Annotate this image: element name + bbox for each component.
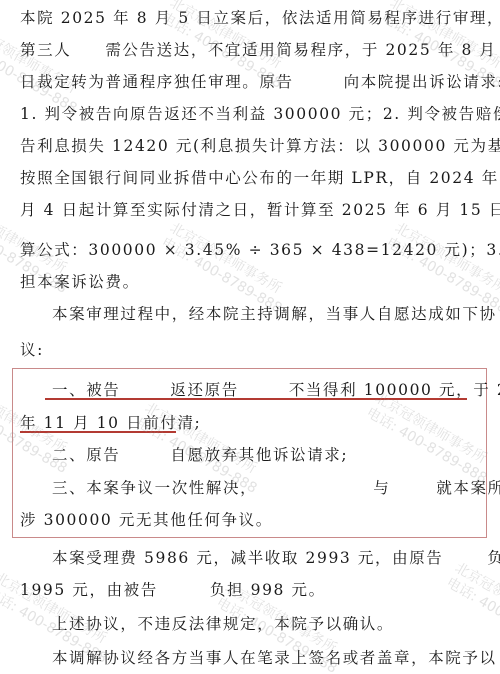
- text-line: 按照全国银行间同业拆借中心公布的一年期 LPR，自 2024 年 4: [20, 168, 500, 188]
- underline-mark: [20, 431, 176, 433]
- watermark-layer: 北京冠领律师事务所电话: 400-8789-888 北京冠领律师事务所电话: 4…: [0, 0, 500, 674]
- text-line: 月 4 日起计算至实际付清之日，暂计算至 2025 年 6 月 15 日，计: [20, 200, 500, 220]
- watermark: 北京冠领律师事务所电话: 400-8789-888: [383, 220, 500, 318]
- watermark: 北京冠领律师事务所电话: 400-8789-888: [443, 560, 500, 658]
- text-line: 1. 判令被告向原告返还不当利益 300000 元；2. 判令被告赔偿原: [20, 104, 500, 124]
- text-segment: 负担 998 元。: [210, 581, 326, 599]
- document-page: 本院 2025 年 8 月 5 日立案后，依法适用简易程序进行审理，因 第三人需…: [0, 0, 500, 674]
- text-segment: 向本院提出诉讼请求:: [344, 73, 500, 91]
- confirmation-line: 上述协议，不违反法律规定，本院予以确认。: [52, 614, 394, 634]
- text-segment: 返还原告: [170, 381, 238, 399]
- text-segment: 就本案所: [436, 479, 500, 497]
- text-segment: 与: [373, 479, 390, 497]
- underline-mark: [45, 398, 467, 400]
- text-line: 本院 2025 年 8 月 5 日立案后，依法适用简易程序进行审理，因: [20, 8, 500, 28]
- text-line: 告利息损失 12420 元(利息损失计算方法：以 300000 元为基数，: [20, 136, 500, 156]
- fees-line: 1995 元，由被告负担 998 元。: [20, 580, 326, 600]
- text-segment: 本案受理费 5986 元，减半收取 2993 元，由原告: [52, 549, 443, 567]
- agreement-item-2: 二、原告自愿放弃其他诉讼请求;: [52, 445, 348, 465]
- text-line: 本案审理过程中，经本院主持调解，当事人自愿达成如下协: [52, 304, 497, 324]
- agreement-item-1-cont: 年 11 月 10 日前付清;: [20, 413, 201, 433]
- text-segment: 第三人: [20, 41, 71, 59]
- watermark: 北京冠领律师事务所电话: 400-8789-888: [158, 220, 293, 318]
- text-line: 算公式：300000 × 3.45% ÷ 365 × 438=12420 元)；…: [20, 240, 500, 260]
- text-segment: 需公告送达，不宜适用简易程序，于 2025 年 8 月 27: [105, 41, 500, 59]
- agreement-item-3-cont: 涉 300000 元无其他任何争议。: [20, 510, 273, 530]
- text-segment: 三、本案争议一次性解决，: [52, 479, 257, 497]
- agreement-item-1: 一、被告返还原告不当得利 100000 元，于 2025: [52, 380, 500, 400]
- text-segment: 日裁定转为普通程序独任审理。原告: [20, 73, 294, 91]
- text-line: 第三人需公告送达，不宜适用简易程序，于 2025 年 8 月 27: [20, 40, 500, 60]
- agreement-item-3: 三、本案争议一次性解决，与就本案所: [52, 478, 500, 498]
- fees-line: 本案受理费 5986 元，减半收取 2993 元，由原告负担: [52, 548, 500, 568]
- text-line: 议:: [20, 340, 44, 360]
- watermark: 北京冠领律师事务所电话: 400-8789-888: [0, 20, 88, 118]
- text-segment: 不当得利 100000 元，于 2025: [289, 381, 500, 399]
- text-segment: 自愿放弃其他诉讼请求;: [170, 446, 348, 464]
- text-segment: 1995 元，由被告: [20, 581, 158, 599]
- text-segment: 负担: [487, 549, 500, 567]
- text-line: 担本案诉讼费。: [20, 272, 140, 292]
- text-segment: 一、被告: [52, 381, 120, 399]
- text-segment: 二、原告: [52, 446, 120, 464]
- closing-line: 本调解协议经各方当事人在笔录上签名或者盖章，本院予以: [52, 648, 497, 668]
- text-line: 日裁定转为普通程序独任审理。原告向本院提出诉讼请求:: [20, 72, 500, 92]
